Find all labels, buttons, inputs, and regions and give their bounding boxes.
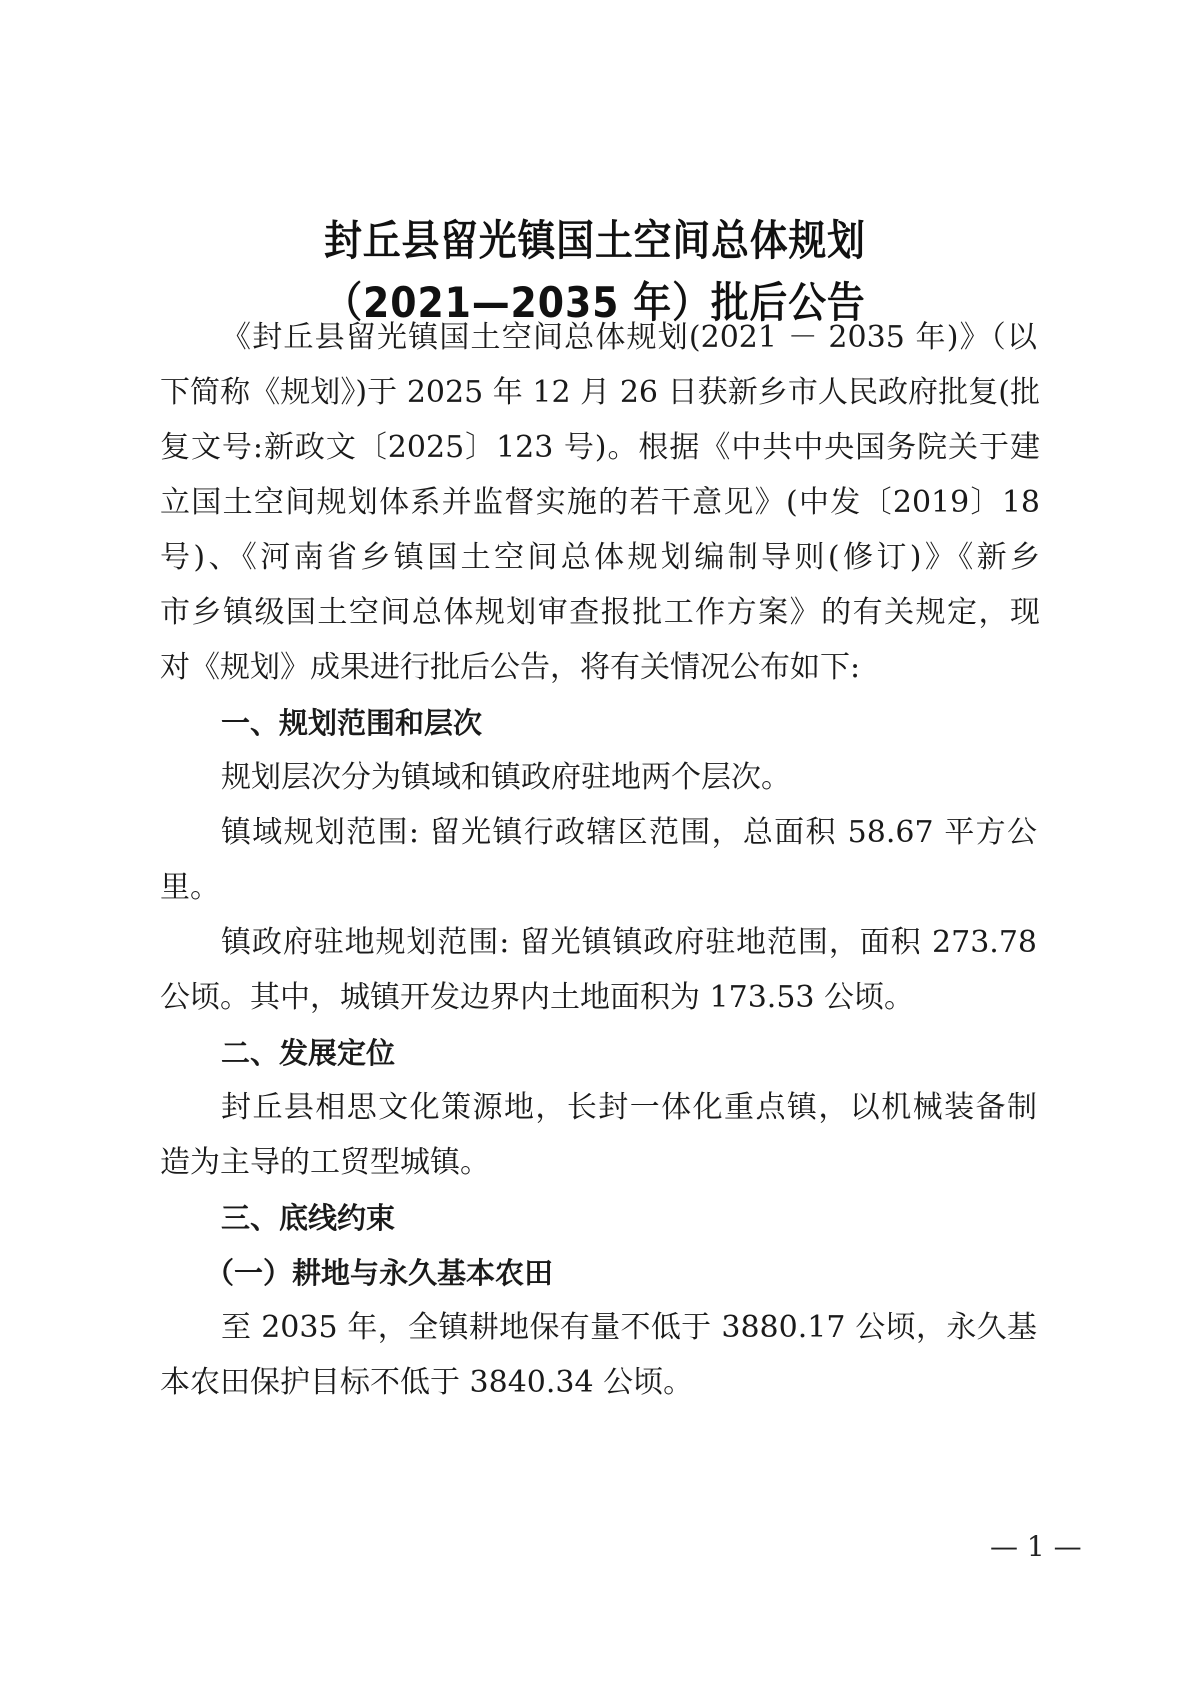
section-1-paragraph-1: 规划层次分为镇域和镇政府驻地两个层次。: [221, 758, 1101, 798]
section-3-paragraph-line-1: 至 2035 年，全镇耕地保有量不低于 3880.17 公顷，永久基: [221, 1308, 1037, 1348]
section-1-paragraph-3-line-1: 镇政府驻地规划范围: 留光镇镇政府驻地范围，面积 273.78: [221, 923, 1037, 963]
page-number: — 1 —: [990, 1530, 1082, 1563]
section-3-heading: 三、底线约束: [221, 1198, 1101, 1238]
intro-line-4: 立国土空间规划体系并监督实施的若干意见》(中发〔2019〕18: [160, 483, 1040, 523]
section-1-paragraph-2-line-1: 镇域规划范围: 留光镇行政辖区范围，总面积 58.67 平方公: [221, 813, 1037, 853]
intro-line-3: 复文号:新政文〔2025〕123 号)。根据《中共中央国务院关于建: [160, 428, 1040, 468]
intro-line-7: 对《规划》成果进行批后公告，将有关情况公布如下:: [160, 648, 1040, 688]
section-2-heading: 二、发展定位: [221, 1033, 1101, 1073]
section-2-paragraph-line-2: 造为主导的工贸型城镇。: [160, 1143, 1040, 1183]
intro-line-5: 号)、《河南省乡镇国土空间总体规划编制导则(修订)》《新乡: [160, 538, 1040, 578]
section-3-subheading-1: （一）耕地与永久基本农田: [205, 1253, 1085, 1293]
section-1-paragraph-3-line-2: 公顷。其中，城镇开发边界内土地面积为 173.53 公顷。: [160, 978, 1040, 1018]
intro-line-6: 市乡镇级国土空间总体规划审查报批工作方案》的有关规定，现: [160, 593, 1040, 633]
section-1-paragraph-2-line-2: 里。: [160, 868, 1040, 908]
intro-line-1: 《封丘县留光镇国土空间总体规划(2021 － 2035 年)》（以: [221, 318, 1037, 358]
section-2-paragraph-line-1: 封丘县相思文化策源地，长封一体化重点镇，以机械装备制: [221, 1088, 1037, 1128]
document-page: 封丘县留光镇国土空间总体规划 （2021—2035 年）批后公告 《封丘县留光镇…: [0, 0, 1190, 1683]
section-3-paragraph-line-2: 本农田保护目标不低于 3840.34 公顷。: [160, 1363, 1040, 1403]
intro-line-2: 下简称《规划》)于 2025 年 12 月 26 日获新乡市人民政府批复(批: [160, 373, 1040, 413]
section-1-heading: 一、规划范围和层次: [221, 703, 1101, 743]
document-title-line1: 封丘县留光镇国土空间总体规划: [60, 208, 1131, 268]
